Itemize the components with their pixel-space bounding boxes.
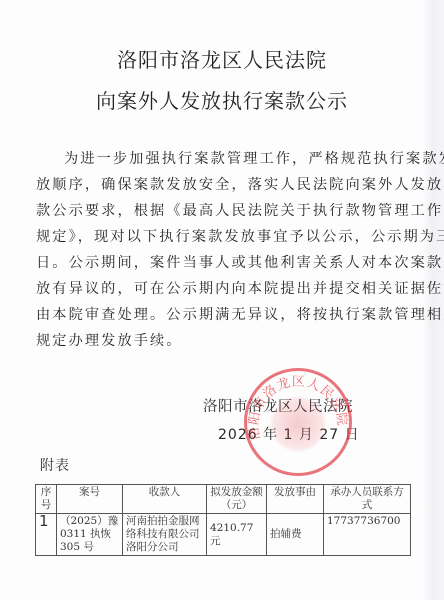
- table-row: 1 （2025）豫 0311 执恢 305 号 河南拍拍金服网 络科技有限公司 …: [36, 514, 411, 556]
- col-header-contact: 承办人员联系方式: [324, 485, 411, 514]
- court-title: 洛阳市洛龙区人民法院: [0, 44, 444, 73]
- seal-text: 洛阳市洛龙区人民法院: [247, 374, 349, 441]
- case-no-line: （2025）豫: [60, 515, 119, 528]
- body-line: 日。公示期间，案件当事人或其他利害关系人对本次案款发: [36, 250, 388, 276]
- appendix-label: 附表: [40, 455, 70, 475]
- court-seal: 洛阳市洛龙区人民法院: [244, 368, 352, 476]
- cell-amount: 4210.77 元: [207, 514, 267, 556]
- body-line: 款公示要求，根据《最高人民法院关于执行款物管理工作的: [36, 198, 388, 224]
- col-header-case-no: 案号: [57, 485, 123, 514]
- col-header-index: 序号: [36, 485, 57, 514]
- case-no-line: 0311 执恢: [60, 528, 119, 541]
- notice-body: 为进一步加强执行案款管理工作，严格规范执行案款发 放顺序，确保案款发放安全，落实…: [36, 146, 388, 354]
- body-line: 放顺序，确保案款发放安全，落实人民法院向案外人发放案: [36, 172, 388, 198]
- cell-index: 1: [36, 514, 57, 556]
- payee-line: 洛阳分公司: [126, 541, 203, 554]
- body-line: 规定办理发放手续。: [36, 328, 388, 354]
- cell-case-no: （2025）豫 0311 执恢 305 号: [57, 514, 123, 556]
- body-line: 由本院审查处理。公示期满无异议，将按执行案款管理相关: [36, 302, 388, 328]
- col-header-amount: 拟发放金额（元）: [207, 485, 267, 514]
- body-line: 规定》，现对以下执行案款发放事宜予以公示，公示期为三: [36, 224, 388, 250]
- col-header-reason: 发放事由: [267, 485, 324, 514]
- cell-payee: 河南拍拍金服网 络科技有限公司 洛阳分公司: [123, 514, 207, 556]
- case-no-line: 305 号: [60, 541, 119, 554]
- payee-line: 络科技有限公司: [126, 528, 203, 541]
- payee-line: 河南拍拍金服网: [126, 515, 203, 528]
- seal-ring-text: 洛阳市洛龙区人民法院: [247, 371, 349, 473]
- cell-reason: 拍辅费: [267, 514, 324, 556]
- col-header-payee: 收款人: [123, 485, 207, 514]
- notice-title: 向案外人发放执行案款公示: [0, 85, 444, 114]
- body-line: 放有异议的，可在公示期内向本院提出并提交相关证据佐证，: [36, 276, 388, 302]
- body-line: 为进一步加强执行案款管理工作，严格规范执行案款发: [36, 146, 388, 172]
- cell-contact: 17737736700: [324, 514, 411, 556]
- svg-text:洛阳市洛龙区人民法院: 洛阳市洛龙区人民法院: [247, 374, 349, 441]
- table-header-row: 序号 案号 收款人 拟发放金额（元） 发放事由 承办人员联系方式: [36, 485, 411, 514]
- disbursement-table: 序号 案号 收款人 拟发放金额（元） 发放事由 承办人员联系方式 1 （2025…: [35, 484, 411, 556]
